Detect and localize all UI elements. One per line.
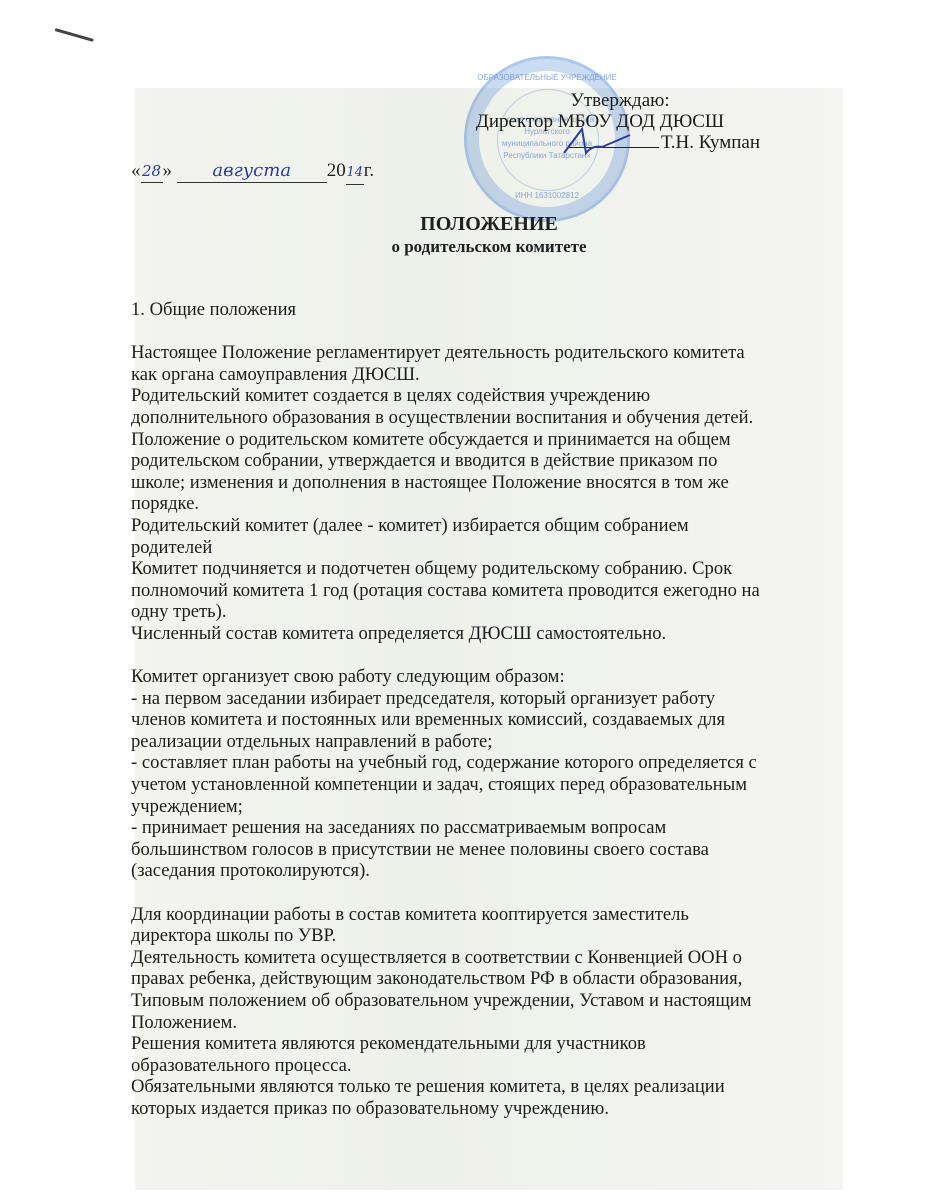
date-day: 28: [141, 160, 163, 183]
body-line: Положением.: [131, 1012, 841, 1034]
body-line: дополнительного образования в осуществле…: [131, 407, 841, 429]
body-line: Родительский комитет (далее - комитет) и…: [131, 515, 841, 537]
body-line: Типовым положением об образовательном уч…: [131, 990, 841, 1012]
body-line: Родительский комитет создается в целях с…: [131, 385, 841, 407]
body-line: одну треть).: [131, 601, 841, 623]
date-year-end: г.: [364, 160, 374, 181]
approval-label: Утверждаю:: [440, 90, 760, 111]
body-line: Настоящее Положение регламентирует деяте…: [131, 342, 841, 364]
list-item-line: членов комитета и постоянных или временн…: [131, 709, 841, 731]
body-line: Для координации работы в состав комитета…: [131, 904, 841, 926]
blank-line: [131, 882, 841, 904]
date-year-suffix: 14: [346, 162, 364, 185]
date-month: августа: [177, 160, 327, 183]
approval-signatory: Т.Н. Кумпан: [661, 132, 760, 153]
list-item-line: - принимает решения на заседаниях по рас…: [131, 817, 841, 839]
body-line: порядке.: [131, 493, 841, 515]
body-line: как органа самоуправления ДЮСШ.: [131, 364, 841, 386]
blank-line: [131, 321, 841, 343]
body-line: Обязательными являются только те решения…: [131, 1076, 841, 1098]
body-line: школе; изменения и дополнения в настояще…: [131, 472, 841, 494]
body-line: Решения комитета являются рекомендательн…: [131, 1033, 841, 1055]
list-item-line: (заседания протоколируются).: [131, 860, 841, 882]
body-line: Комитет организует свою работу следующим…: [131, 666, 841, 688]
body-line: которых издается приказ по образовательн…: [131, 1098, 841, 1120]
body-line: родительском собрании, утверждается и вв…: [131, 450, 841, 472]
body-line: образовательного процесса.: [131, 1055, 841, 1077]
list-item-line: - на первом заседании избирает председат…: [131, 688, 841, 710]
list-item-line: учреждением;: [131, 796, 841, 818]
document-title-block: ПОЛОЖЕНИЕ о родительском комитете: [135, 212, 843, 258]
blank-line: [131, 645, 841, 667]
body-line: правах ребенка, действующим законодатель…: [131, 968, 841, 990]
seal-top-text: ОБРАЗОВАТЕЛЬНЫЕ УЧРЕЖДЕНИЕ: [467, 73, 627, 83]
body-line: Численный состав комитета определяется Д…: [131, 623, 841, 645]
handwritten-signature-icon: [562, 127, 632, 157]
list-item-line: учетом установленной компетенции и задач…: [131, 774, 841, 796]
body-line: родителей: [131, 537, 841, 559]
list-item-line: реализации отдельных направлений в работ…: [131, 731, 841, 753]
date-year-prefix: 20: [327, 160, 346, 181]
body-line: Комитет подчиняется и подотчетен общему …: [131, 558, 841, 580]
pen-mark: [55, 28, 94, 42]
body-line: полномочий комитета 1 год (ротация соста…: [131, 580, 841, 602]
body-line: директора школы по УВР.: [131, 925, 841, 947]
approval-date: «28» августа2014г.: [131, 160, 374, 185]
body-line: Положение о родительском комитете обсужд…: [131, 429, 841, 451]
document-subtitle: о родительском комитете: [135, 236, 843, 258]
section-heading: 1. Общие положения: [131, 299, 841, 321]
date-open-quote: «: [131, 160, 141, 181]
list-item-line: большинством голосов в присутствии не ме…: [131, 839, 841, 861]
seal-bottom-text: ИНН 1631002812: [467, 191, 627, 201]
date-close-quote: »: [163, 160, 173, 181]
document-body: 1. Общие положения Настоящее Положение р…: [131, 299, 841, 1120]
body-line: Деятельность комитета осуществляется в с…: [131, 947, 841, 969]
list-item-line: - составляет план работы на учебный год,…: [131, 752, 841, 774]
document-title: ПОЛОЖЕНИЕ: [135, 212, 843, 236]
